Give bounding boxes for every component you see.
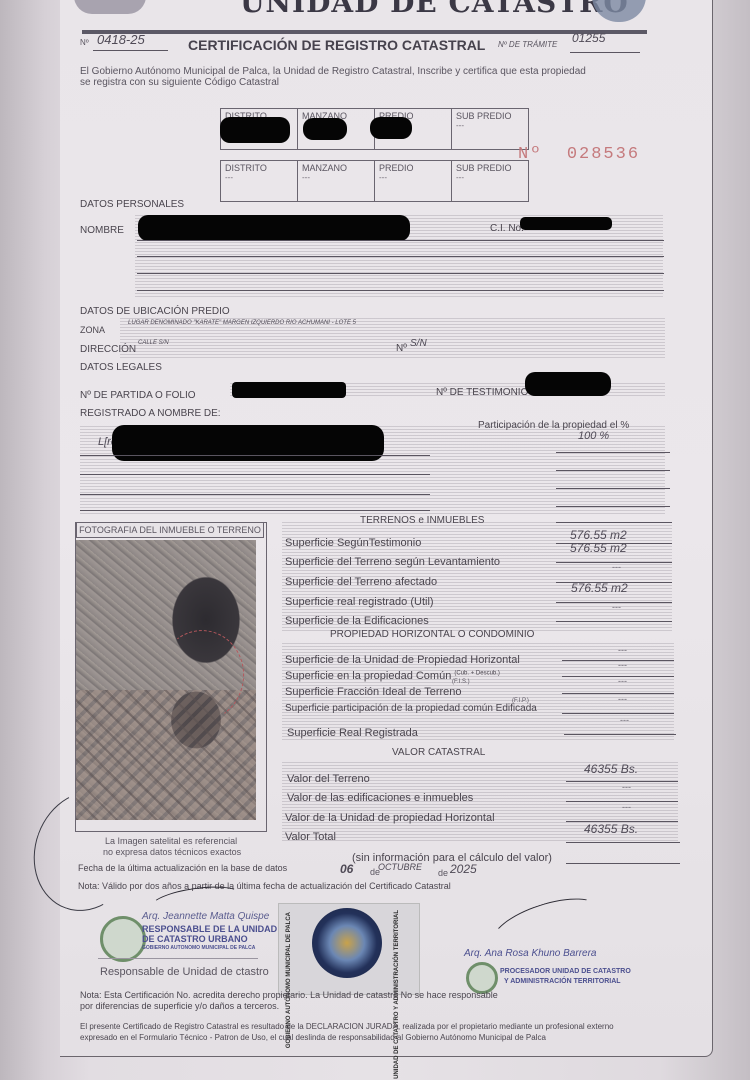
municipal-logo-left <box>74 0 146 14</box>
terreno-row-value-5: --- <box>612 602 621 612</box>
ph-row-sup-4: (F.I.P.) <box>512 698 529 704</box>
valor-row-value-2: --- <box>622 782 631 792</box>
fecha-day: 06 <box>340 862 353 876</box>
terreno-row-value-4: 576.55 m2 <box>571 581 628 595</box>
cc1-sub-predio: SUB PREDIO--- <box>452 109 529 150</box>
left-stamp-line3: GOBIERNO AUTONOMO MUNICIPAL DE PALCA <box>142 945 255 951</box>
terreno-row-value-1: 576.55 m2 <box>570 528 627 542</box>
ph-row-value-2: --- <box>618 660 627 670</box>
legales-title: DATOS LEGALES <box>80 362 162 373</box>
right-stamp-line1: PROCESADOR UNIDAD DE CATASTRO <box>500 968 631 975</box>
valor-row-value-3: --- <box>622 802 631 812</box>
photo-caption: FOTOGRAFIA DEL INMUEBLE O TERRENO <box>76 522 264 538</box>
stamp-logo-left <box>100 916 146 962</box>
valor-row-label-2: Valor de las edificaciones e inmuebles <box>287 792 473 804</box>
intro-text-line1: El Gobierno Autónomo Municipal de Palca,… <box>80 66 586 77</box>
ph-row-sup-3: (F.I.S.) <box>452 679 470 685</box>
participacion-value: 100 % <box>578 430 609 442</box>
redacted-testimonio <box>525 372 611 396</box>
valor-row-value-4: 46355 Bs. <box>584 822 638 836</box>
ph-row-value-5: --- <box>620 715 629 725</box>
footer-disclaimer-line1: El presente Certificado de Registro Cata… <box>80 1022 614 1031</box>
ph-row-label-5: Superficie Real Registrada <box>287 727 418 739</box>
zona-value: LUGAR DENOMINADO "KARATE" MARGEN IZQUIER… <box>128 320 356 326</box>
redacted-nombre <box>138 215 410 241</box>
right-stamp-line2: Y ADMINISTRACIÓN TERRITORIAL <box>504 978 621 985</box>
tramite-value: 01255 <box>572 31 605 45</box>
ph-row-label-4: Superficie participación de la propiedad… <box>285 703 537 714</box>
ph-row-value-1: --- <box>618 645 627 655</box>
zona-label: ZONA <box>80 325 105 335</box>
terreno-row-label-4: Superficie real registrado (Util) <box>285 596 434 608</box>
registrado-label: REGISTRADO A NOMBRE DE: <box>80 408 221 419</box>
propiedad-horizontal-title: PROPIEDAD HORIZONTAL O CONDOMINIO <box>330 629 534 640</box>
redacted-ci <box>520 217 612 230</box>
ubicacion-title: DATOS DE UBICACIÓN PREDIO <box>80 306 230 317</box>
testimonio-label: Nº DE TESTIMONIO <box>436 387 528 398</box>
ph-row-label-3: Superficie Fracción Ideal de Terreno <box>285 686 462 698</box>
direccion-value: CALLE S/N <box>138 340 169 346</box>
cc2-manzano: MANZANO--- <box>298 161 375 202</box>
left-signer-caption: Responsable de Unidad de ctastro <box>100 966 269 978</box>
left-stamp-line2: DE CATASTRO URBANO <box>142 934 248 944</box>
ci-label: C.I. No. <box>490 223 524 234</box>
redacted-partida <box>232 382 346 398</box>
terreno-row-value-3: --- <box>612 562 621 572</box>
ph-row-label-1: Superficie de la Unidad de Propiedad Hor… <box>285 654 520 666</box>
cert-no-label: Nº <box>80 38 89 47</box>
right-signer-name: Arq. Ana Rosa Khuno Barrera <box>464 948 596 959</box>
cc2-distrito: DISTRITO--- <box>221 161 298 202</box>
terrenos-title: TERRENOS e INMUEBLES <box>360 515 484 526</box>
codigo-catastral-table-2: DISTRITO--- MANZANO--- PREDIO--- SUB PRE… <box>220 160 529 202</box>
numero-value: S/N <box>410 338 427 349</box>
footer-note-line2: por diferencias de superficie y/o daños … <box>80 1001 279 1011</box>
nombre-label: NOMBRE <box>80 225 124 236</box>
cc2-predio: PREDIO--- <box>375 161 452 202</box>
left-signer-name: Arq. Jeannette Matta Quispe <box>142 911 269 922</box>
terreno-row-label-5: Superficie de la Edificaciones <box>285 615 429 627</box>
ph-row-value-3: --- <box>618 676 627 686</box>
intro-text-line2: se registra con su siguiente Código Cata… <box>80 77 279 88</box>
terreno-row-value-2: 576.55 m2 <box>570 541 627 555</box>
left-stamp-line1: RESPONSABLE DE LA UNIDAD <box>142 924 277 934</box>
cc2-sub-predio: SUB PREDIO--- <box>452 161 529 202</box>
terreno-row-label-1: Superficie SegúnTestimonio <box>285 537 421 549</box>
partida-label: Nº DE PARTIDA O FOLIO <box>80 390 196 401</box>
datos-personales-title: DATOS PERSONALES <box>80 199 184 210</box>
cert-no-value: 0418-25 <box>97 32 145 47</box>
footer-disclaimer-line2: expresado en el Formulario Técnico - Pat… <box>80 1033 546 1042</box>
footer-note-line1: Nota: Esta Certificación No. acredita de… <box>80 990 498 1000</box>
valor-row-label-4: Valor Total <box>285 831 336 843</box>
header-rule <box>82 30 647 34</box>
fecha-de-2: de <box>438 868 448 878</box>
valor-catastral-title: VALOR CATASTRAL <box>392 747 485 758</box>
valor-row-label-3: Valor de la Unidad de propiedad Horizont… <box>285 812 495 824</box>
direccion-label: DIRECCIÓN <box>80 344 136 355</box>
valor-row-label-1: Valor del Terreno <box>287 773 370 785</box>
redacted-distrito <box>220 117 290 143</box>
fecha-actualizacion-label: Fecha de la última actualización en la b… <box>78 863 287 873</box>
redacted-predio <box>370 117 412 139</box>
terreno-row-label-2: Superficie del Terreno según Levantamien… <box>285 556 500 568</box>
tramite-label: Nº DE TRÁMITE <box>498 40 557 49</box>
valor-row-value-1: 46355 Bs. <box>584 762 638 776</box>
validity-note: Nota: Válido por dos años a partir de la… <box>78 881 451 891</box>
fecha-month: OCTUBRE <box>378 862 422 872</box>
office-title: UNIDAD DE CATASTRO <box>240 0 629 19</box>
numero-label: Nº <box>396 343 407 354</box>
ph-row-value-4: --- <box>618 694 627 704</box>
fecha-year: 2025 <box>450 862 477 876</box>
terreno-row-label-3: Superficie del Terreno afectado <box>285 576 437 588</box>
redacted-manzano <box>303 118 347 140</box>
serial-number: Nº 028536 <box>518 145 640 164</box>
document-title: CERTIFICACIÓN DE REGISTRO CATASTRAL <box>188 37 485 53</box>
seal-emblem <box>312 908 382 978</box>
